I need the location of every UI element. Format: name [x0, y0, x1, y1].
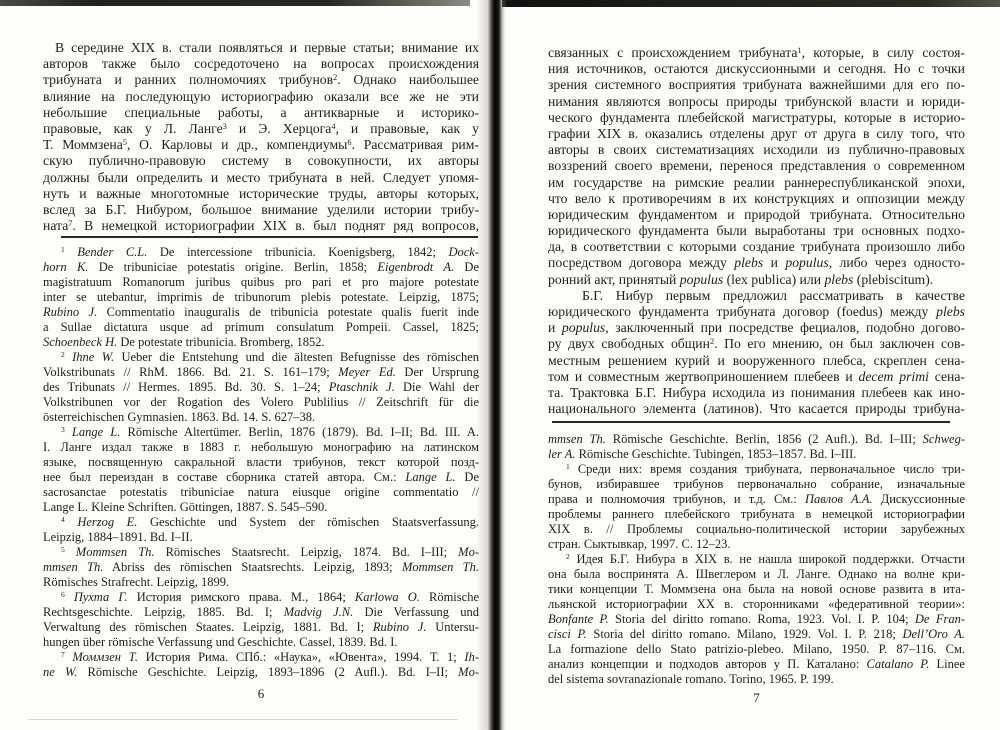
text-line: Bonfante P. Storia del diritto romano. R…	[548, 612, 965, 627]
text-line: зрения системного восприятия трибуната в…	[548, 77, 965, 93]
text-line: и populus, заключенный при посредстве фе…	[548, 320, 965, 336]
right-page-body-text: связанных с происхождением трибуната1, к…	[548, 45, 965, 417]
text-line: местным решением курий и вооруженного пл…	[548, 353, 965, 369]
text-line: del sistema sovranazionale romano. Torin…	[548, 672, 965, 687]
text-line: воззрений своего времени, перенося предс…	[548, 158, 965, 174]
text-line: Römisches Strafrecht. Leipzig, 1899.	[43, 575, 479, 590]
text-line: нимания являются вопросы природы трибунс…	[548, 94, 965, 110]
text-line: юридического фундамента трибуната догово…	[548, 304, 965, 320]
text-line: österreichischen Gymnasien. 1863. Bd. 14…	[43, 410, 479, 425]
text-line: Б.Г. Нибур первым предложил рассматриват…	[548, 288, 965, 304]
text-line: авторы в своих систематизациях исходили …	[548, 142, 965, 158]
text-line: правовые, как у Л. Ланге3 и Э. Херцога4,…	[43, 121, 479, 137]
text-line: небольшие специальные работы, а антиквар…	[43, 105, 479, 121]
text-line: 4 Herzog E. Geschichte und System der rö…	[43, 515, 479, 530]
text-line: стран. Сыктывкар, 1997. С. 12–23.	[548, 537, 965, 552]
right-page-footnotes: mmsen Th. Römische Geschichte. Berlin, 1…	[548, 432, 965, 687]
scan-edge-top-left	[0, 0, 470, 6]
text-line: проблемы раннего плебейского трибуната в…	[548, 507, 965, 522]
text-line: 1 Среди них: время создания трибуната, п…	[548, 462, 965, 477]
text-line: sacrosanctae potestatis tribuniciae natu…	[43, 485, 479, 500]
left-page-footnotes: 1 Bender C.L. De intercessione tribunici…	[43, 245, 479, 680]
text-line: льянской историографии XX в. сторонникам…	[548, 597, 965, 612]
text-line: 2 Идея Б.Г. Нибура в XIX в. не нашла шир…	[548, 552, 965, 567]
text-line: Rubino J. Commentatio inauguralis de tri…	[43, 305, 479, 320]
text-line: влияние на последующую историографию ока…	[43, 89, 479, 105]
text-line: Т. Моммзена5, О. Карловы и др., компенди…	[43, 137, 479, 153]
text-line: нуть и важные многотомные исторические т…	[43, 186, 479, 202]
text-line: 1 Bender C.L. De intercessione tribunici…	[43, 245, 479, 260]
text-line: В середине XIX в. стали появляться и пер…	[43, 40, 479, 56]
text-line: трибуната и ранних полномочиях трибунов2…	[43, 72, 479, 88]
text-line: ne W. Römische Geschichte. Leipzig, 1893…	[43, 665, 479, 680]
text-line: horn K. De tribuniciae potestatis origin…	[43, 260, 479, 275]
text-line: ния источников, остаются дискуссионными …	[548, 61, 965, 77]
text-line: 3 Lange L. Römische Altertümer. Berlin, …	[43, 425, 479, 440]
text-line: что вело к противоречиям в их конструкци…	[548, 191, 965, 207]
left-footnote-rule	[61, 236, 478, 238]
text-line: тики концепции Т. Моммзена она была на н…	[548, 582, 965, 597]
text-line: авторов также было сосредоточено на вопр…	[43, 56, 479, 72]
right-page-number: 7	[548, 690, 965, 706]
text-line: та. Трактовка Б.Г. Нибура исходила из по…	[548, 385, 965, 401]
text-line: 2 Ihne W. Ueber die Entstehung und die ä…	[43, 350, 479, 365]
scan-shadow-line	[28, 719, 458, 720]
text-line: des Tribunats // Hermes. 1895. Bd. 30. S…	[43, 380, 479, 395]
text-line: Volkstribunats // RhM. 1866. Bd. 21. S. …	[43, 365, 479, 380]
scan-edge-top-right	[502, 0, 1000, 7]
text-line: национального элемента (латинов). Что ка…	[548, 401, 965, 417]
text-line: ру двух свободных общин2. По его мнению,…	[548, 336, 965, 352]
text-line: ната7. В немецкой историографии XIX в. б…	[43, 218, 479, 234]
text-line: 7 Моммзен Т. История Рима. СПб.: «Наука»…	[43, 650, 479, 665]
text-line: ler A. Römische Geschichte. Tubingen, 18…	[548, 447, 965, 462]
text-line: вслед за Б.Г. Нибуром, большое внимание …	[43, 202, 479, 218]
text-line: Lange L. Kleine Schriften. Göttingen, 18…	[43, 500, 479, 515]
right-footnote-rule	[552, 421, 950, 423]
text-line: hungen über römische Verfassung und Gesc…	[43, 635, 479, 650]
text-line: посредством договора между plebs и popul…	[548, 255, 965, 271]
text-line: La formazione dello Stato patrizio-plebe…	[548, 642, 965, 657]
text-line: бунов, избиравшее трибунов первоначально…	[548, 477, 965, 492]
text-line: скую публично-правовую систему в совокуп…	[43, 153, 479, 169]
text-line: mmsen Th. Abriss des römischen Staatsrec…	[43, 560, 479, 575]
text-line: inter se utebantur, imprimis de tribunor…	[43, 290, 479, 305]
text-line: a Sullae dictatura usque ad primum consu…	[43, 320, 479, 335]
text-line: она была воспринята А. Швеглером и Л. Ла…	[548, 567, 965, 582]
left-page-number: 6	[43, 686, 479, 702]
text-line: Volkstribunen vor der Rogation des Voler…	[43, 395, 479, 410]
text-line: языке, посвященную сакральной власти три…	[43, 455, 479, 470]
text-line: анализ концепции и подходов авторов у П.…	[548, 657, 965, 672]
text-line: должны были определить и место трибуната…	[43, 170, 479, 186]
book-gutter	[476, 0, 507, 730]
text-line: Leipzig, 1884–1891. Bd. I–II.	[43, 530, 479, 545]
text-line: 5 Mommsen Th. Römisches Staatsrecht. Lei…	[43, 545, 479, 560]
text-line: 6 Пухта Г. История римского права. М., 1…	[43, 590, 479, 605]
text-line: magistratuum Romanorum juribus quibus pr…	[43, 275, 479, 290]
text-line: права и полномочия трибунов, и т.д. См.:…	[548, 492, 965, 507]
left-page-body-text: В середине XIX в. стали появляться и пер…	[43, 40, 479, 234]
text-line: cisci P. Storia del diritto romano. Mila…	[548, 627, 965, 642]
text-line: Rechtsgeschichte. Leipzig, 1885. Bd. I; …	[43, 605, 479, 620]
text-line: юридического фундамента были выработаны …	[548, 223, 965, 239]
text-line: Schoenbeck H. De potestate tribunicia. B…	[43, 335, 479, 350]
text-line: им государстве на римские реалии раннере…	[548, 175, 965, 191]
text-line: ронний акт, принятый populus (lex public…	[548, 272, 965, 288]
text-line: I. Ланге издал также в 1883 г. небольшую…	[43, 440, 479, 455]
text-line: связанных с происхождением трибуната1, к…	[548, 45, 965, 61]
text-line: XIX в. // Проблемы социально-политическо…	[548, 522, 965, 537]
text-line: ческого фундамента плебейской магистрату…	[548, 110, 965, 126]
text-line: юридическим фундаментом и природой трибу…	[548, 207, 965, 223]
text-line: mmsen Th. Römische Geschichte. Berlin, 1…	[548, 432, 965, 447]
text-line: Verwaltung des römischen Staates. Leipzi…	[43, 620, 479, 635]
text-line: графии XIX в. оказались отделены друг от…	[548, 126, 965, 142]
text-line: да, в соответствии с которыми создание т…	[548, 239, 965, 255]
text-line: том и совместным жертвоприношением плебе…	[548, 369, 965, 385]
text-line: нее был переиздан в составе сборника ста…	[43, 470, 479, 485]
